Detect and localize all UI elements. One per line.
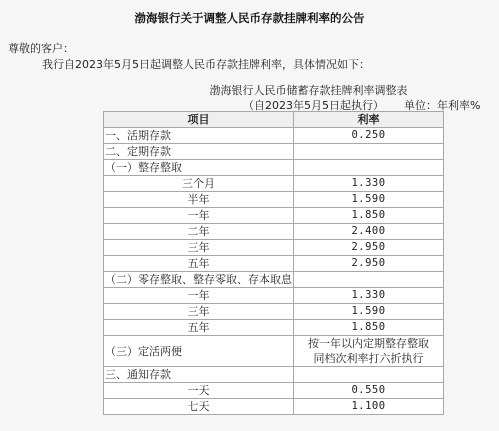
table-row: 三个月1.330	[104, 176, 444, 192]
table-row: 三年1.590	[104, 304, 444, 320]
table-row: 一年1.850	[104, 208, 444, 224]
row-item: 七天	[104, 399, 294, 415]
row-rate: 2.950	[294, 256, 444, 272]
rate-table: 项目 利率 一、活期存款0.250 二、定期存款 （一）整存整取 三个月1.33…	[103, 111, 444, 415]
row-item: 三个月	[104, 176, 294, 192]
row-item: 一、活期存款	[104, 128, 294, 144]
table-row: （一）整存整取	[104, 160, 444, 176]
row-rate: 1.100	[294, 399, 444, 415]
row-item: 二、定期存款	[104, 144, 294, 160]
table-row: 一天0.550	[104, 383, 444, 399]
table-row: 五年1.850	[104, 320, 444, 336]
row-rate	[294, 144, 444, 160]
row-item: 二年	[104, 224, 294, 240]
row-rate: 1.330	[294, 176, 444, 192]
intro-paragraph: 我行自2023年5月5日起调整人民币存款挂牌利率，具体情况如下：	[42, 56, 370, 72]
row-item: （二）零存整取、整存零取、存本取息	[104, 272, 294, 288]
table-row: 二、定期存款	[104, 144, 444, 160]
row-rate	[294, 272, 444, 288]
row-rate: 1.590	[294, 304, 444, 320]
row-rate: 1.590	[294, 192, 444, 208]
table-row: 七天1.100	[104, 399, 444, 415]
row-rate: 2.400	[294, 224, 444, 240]
row-item: 一年	[104, 208, 294, 224]
row-rate	[294, 367, 444, 383]
row-item: 三、通知存款	[104, 367, 294, 383]
row-item: 一天	[104, 383, 294, 399]
table-row: 一年1.330	[104, 288, 444, 304]
table-row: 二年2.400	[104, 224, 444, 240]
rate-note-line1: 按一年以内定期整存整取	[295, 336, 442, 351]
table-title: 渤海银行人民币储蓄存款挂牌利率调整表	[0, 82, 499, 98]
table-row: （三）定活两便 按一年以内定期整存整取 同档次利率打六折执行	[104, 336, 444, 367]
table-row: 半年1.590	[104, 192, 444, 208]
row-rate: 0.550	[294, 383, 444, 399]
row-item: （三）定活两便	[104, 336, 294, 367]
row-item: 五年	[104, 256, 294, 272]
row-rate: 2.950	[294, 240, 444, 256]
row-item: 三年	[104, 240, 294, 256]
greeting: 尊敬的客户：	[8, 40, 74, 56]
header-rate: 利率	[294, 112, 444, 128]
header-item: 项目	[104, 112, 294, 128]
row-rate: 1.850	[294, 320, 444, 336]
row-item: 一年	[104, 288, 294, 304]
row-item: 五年	[104, 320, 294, 336]
row-rate-note: 按一年以内定期整存整取 同档次利率打六折执行	[294, 336, 444, 367]
row-item: （一）整存整取	[104, 160, 294, 176]
row-item: 三年	[104, 304, 294, 320]
row-item: 半年	[104, 192, 294, 208]
row-rate	[294, 160, 444, 176]
rate-note-line2: 同档次利率打六折执行	[295, 351, 442, 366]
row-rate: 1.850	[294, 208, 444, 224]
table-row: 三、通知存款	[104, 367, 444, 383]
table-row: 五年2.950	[104, 256, 444, 272]
table-row: 三年2.950	[104, 240, 444, 256]
row-rate: 0.250	[294, 128, 444, 144]
table-row: （二）零存整取、整存零取、存本取息	[104, 272, 444, 288]
announcement-title: 渤海银行关于调整人民币存款挂牌利率的公告	[0, 10, 499, 26]
row-rate: 1.330	[294, 288, 444, 304]
table-header-row: 项目 利率	[104, 112, 444, 128]
table-row: 一、活期存款0.250	[104, 128, 444, 144]
